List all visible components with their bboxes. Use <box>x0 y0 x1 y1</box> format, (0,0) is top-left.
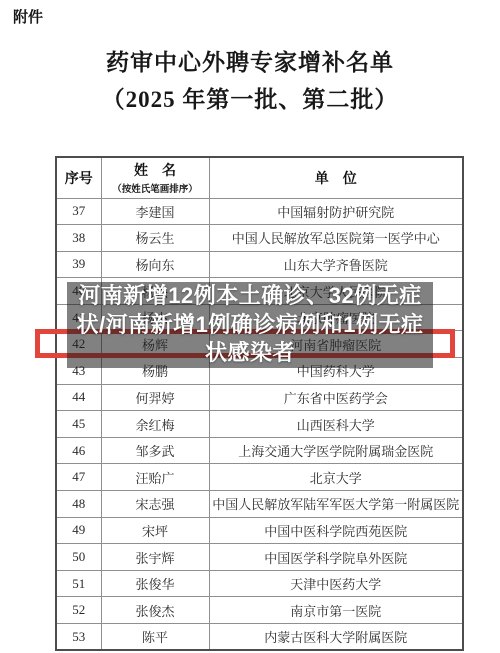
row-unit: 中国中医科学院西苑医院 <box>209 517 463 544</box>
row-unit: 北京大学 <box>209 464 463 491</box>
row-no: 45 <box>56 411 101 438</box>
row-name: 何羿婷 <box>101 384 209 411</box>
header-no: 序号 <box>56 157 101 198</box>
attachment-label: 附件 <box>13 6 43 27</box>
row-no: 48 <box>56 491 101 518</box>
row-unit: 中国辐射防护研究院 <box>209 198 463 225</box>
row-no: 38 <box>56 225 101 252</box>
table-row: 50张宇辉中国医学科学院阜外医院 <box>56 544 463 571</box>
row-unit: 南京市第一医院 <box>209 597 463 624</box>
row-name: 张俊华 <box>101 570 209 597</box>
row-unit: 内蒙古医科大学附属医院 <box>209 624 463 651</box>
table-row: 53陈平内蒙古医科大学附属医院 <box>56 624 463 651</box>
row-unit: 山东大学齐鲁医院 <box>209 251 463 278</box>
news-caption-overlay: 河南新增12例本土确诊、32例无症状/河南新增1例确诊病例和1例无症状感染者 <box>67 282 433 368</box>
row-name: 李建国 <box>101 198 209 225</box>
row-no: 47 <box>56 464 101 491</box>
expert-table-header: 序号 姓 名 （按姓氏笔画排序） 单 位 <box>56 157 463 198</box>
title-line-2: （2025 年第一批、第二批） <box>0 81 500 118</box>
header-unit: 单 位 <box>209 157 463 198</box>
row-unit: 中国人民解放军陆军军医大学第一附属医院 <box>209 491 463 518</box>
row-name: 杨向东 <box>101 251 209 278</box>
table-row: 39杨向东山东大学齐鲁医院 <box>56 251 463 278</box>
document-title: 药审中心外聘专家增补名单 （2025 年第一批、第二批） <box>0 44 500 118</box>
row-unit: 中国医学科学院阜外医院 <box>209 544 463 571</box>
row-no: 49 <box>56 517 101 544</box>
row-unit: 上海交通大学医学院附属瑞金医院 <box>209 437 463 464</box>
row-no: 46 <box>56 437 101 464</box>
row-no: 37 <box>56 198 101 225</box>
table-row: 49宋坪中国中医科学院西苑医院 <box>56 517 463 544</box>
table-row: 37李建国中国辐射防护研究院 <box>56 198 463 225</box>
caption-line: 状/河南新增1例确诊病例和1例无症 <box>67 311 433 339</box>
row-unit: 中国人民解放军总医院第一医学中心 <box>209 225 463 252</box>
row-no: 50 <box>56 544 101 571</box>
table-row: 47汪贻广北京大学 <box>56 464 463 491</box>
row-name: 余红梅 <box>101 411 209 438</box>
row-no: 51 <box>56 570 101 597</box>
table-row: 52张俊杰南京市第一医院 <box>56 597 463 624</box>
expert-table: 序号 姓 名 （按姓氏笔画排序） 单 位 37李建国中国辐射防护研究院38杨云生… <box>55 156 464 651</box>
table-row: 48宋志强中国人民解放军陆军军医大学第一附属医院 <box>56 491 463 518</box>
row-no: 39 <box>56 251 101 278</box>
caption-line: 河南新增12例本土确诊、32例无症 <box>67 282 433 310</box>
row-name: 宋坪 <box>101 517 209 544</box>
row-name: 张俊杰 <box>101 597 209 624</box>
row-no: 44 <box>56 384 101 411</box>
row-unit: 山西医科大学 <box>209 411 463 438</box>
header-name-note: （按姓氏笔画排序） <box>102 181 209 195</box>
row-name: 邹多武 <box>101 437 209 464</box>
expert-table-body: 37李建国中国辐射防护研究院38杨云生中国人民解放军总医院第一医学中心39杨向东… <box>56 198 463 650</box>
row-unit: 天津中医药大学 <box>209 570 463 597</box>
row-unit: 广东省中医药学会 <box>209 384 463 411</box>
title-line-1: 药审中心外聘专家增补名单 <box>0 44 500 81</box>
row-no: 52 <box>56 597 101 624</box>
table-row: 38杨云生中国人民解放军总医院第一医学中心 <box>56 225 463 252</box>
caption-line: 状感染者 <box>67 339 433 367</box>
header-name-label: 姓 名 <box>102 160 209 180</box>
table-row: 44何羿婷广东省中医药学会 <box>56 384 463 411</box>
row-name: 汪贻广 <box>101 464 209 491</box>
row-name: 杨云生 <box>101 225 209 252</box>
table-row: 51张俊华天津中医药大学 <box>56 570 463 597</box>
header-name: 姓 名 （按姓氏笔画排序） <box>101 157 209 198</box>
table-row: 46邹多武上海交通大学医学院附属瑞金医院 <box>56 437 463 464</box>
row-no: 53 <box>56 624 101 651</box>
document-page: 附件 药审中心外聘专家增补名单 （2025 年第一批、第二批） 序号 姓 名 （… <box>0 0 500 653</box>
table-row: 45余红梅山西医科大学 <box>56 411 463 438</box>
row-name: 张宇辉 <box>101 544 209 571</box>
row-name: 宋志强 <box>101 491 209 518</box>
row-name: 陈平 <box>101 624 209 651</box>
header-row: 序号 姓 名 （按姓氏笔画排序） 单 位 <box>56 157 463 198</box>
